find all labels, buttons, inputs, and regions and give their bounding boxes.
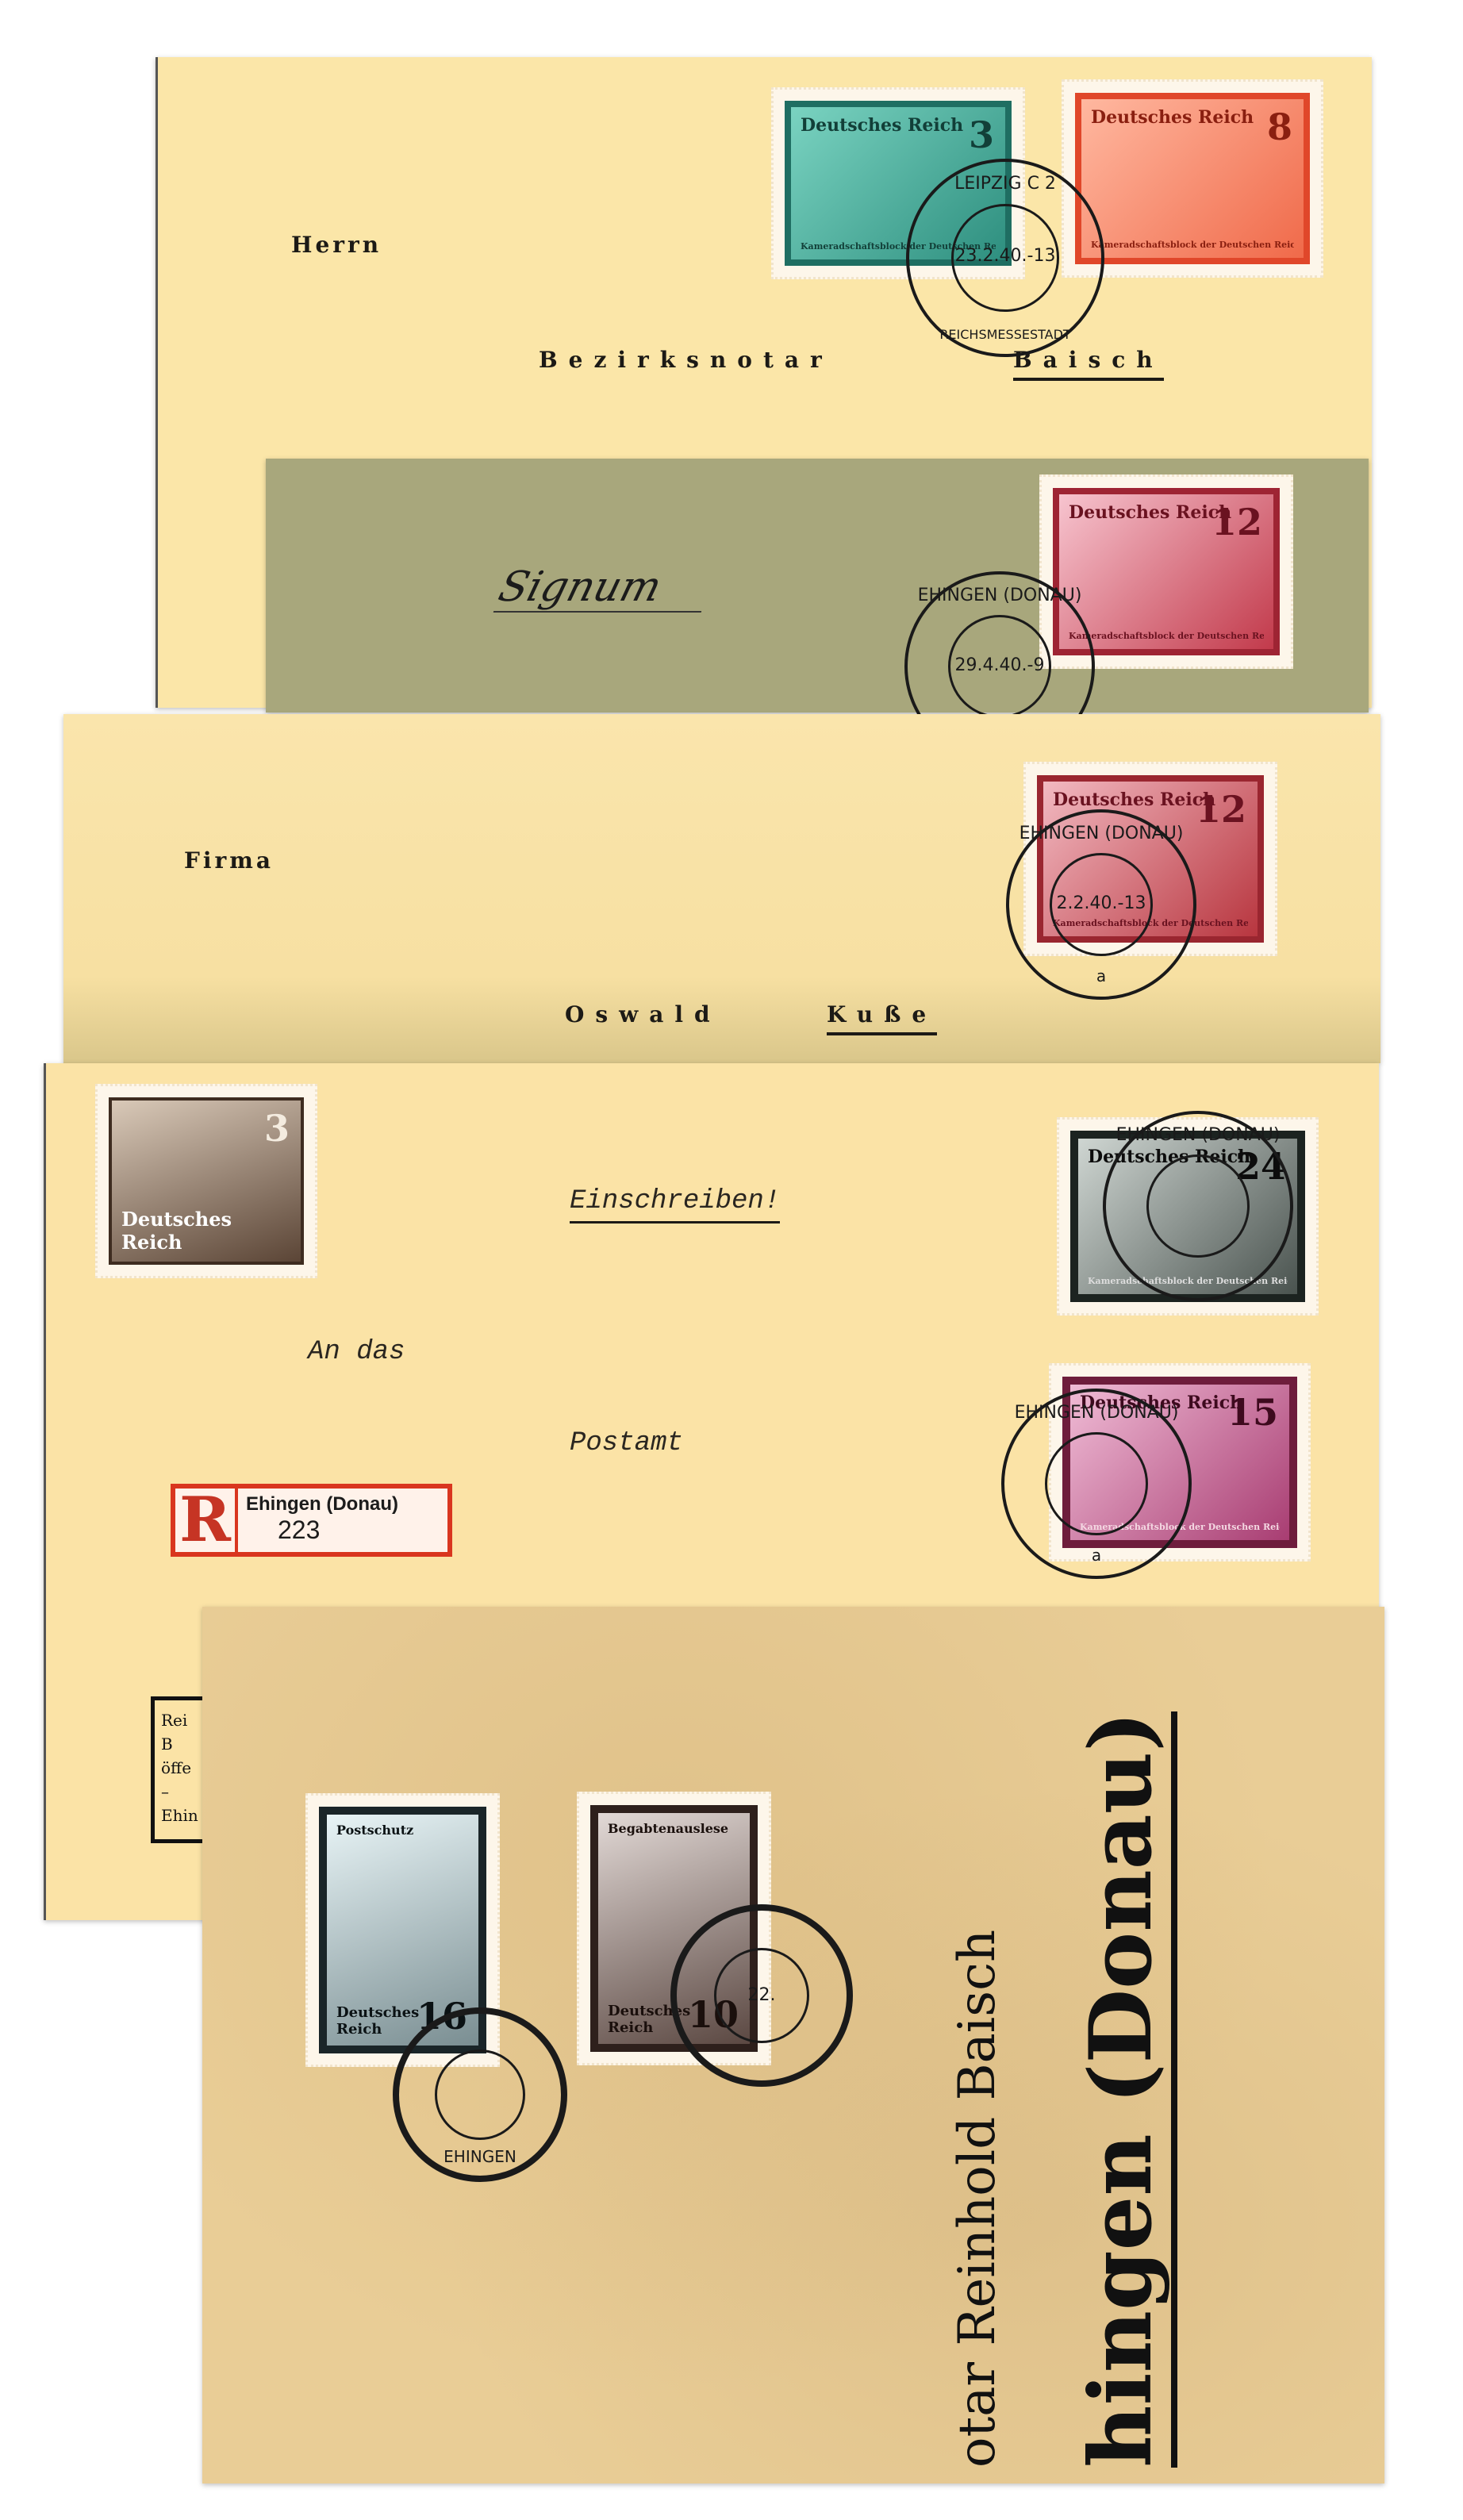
sender-printed-name: otar Reinhold Baisch: [948, 1930, 1007, 2468]
postmark-date: 23.2.40.-13: [909, 246, 1101, 266]
stamp-value: 3: [264, 1107, 290, 1150]
stamp-country: Deutsches Reich: [801, 115, 996, 136]
postmark-city: EHINGEN: [399, 2147, 561, 2166]
addressee-line-1: An das: [308, 1337, 405, 1367]
stamp-inscription: Kameradschaftsblock der Deutschen Reichs…: [1091, 240, 1294, 250]
postmark-date: 29.4.40.-9: [908, 655, 1092, 675]
addressee-name: Kuße: [827, 1001, 937, 1035]
postmark-city: EHINGEN (DONAU): [1004, 1403, 1188, 1423]
addressee-title: Bezirksnotar: [539, 347, 833, 373]
postmark-ehingen-2: EHINGEN (DONAU) 2.2.40.-13 a: [1006, 809, 1196, 1000]
postmark-letter: a: [1004, 1546, 1188, 1565]
stamp-value: 8: [1267, 106, 1292, 148]
postmark-city: EHINGEN (DONAU): [1009, 824, 1193, 843]
stamp-value: 12: [1196, 788, 1246, 831]
stamp-inscription: Kameradschaftsblock der Deutschen Reichs…: [1069, 631, 1264, 641]
registered-header: Einschreiben!: [570, 1186, 780, 1224]
postmark-leipzig: LEIPZIG C 2 23.2.40.-13 REICHSMESSESTADT: [906, 159, 1104, 357]
registration-label: R Ehingen (Donau) 223: [171, 1484, 452, 1557]
postmark-ehingen-4: EHINGEN (DONAU) a: [1001, 1389, 1192, 1579]
registration-number: 223: [278, 1515, 398, 1545]
handwritten-addressee: Signum: [493, 563, 714, 613]
addressee-first-name: Oswald: [565, 1001, 721, 1028]
stamp-country: Deutsches Reich: [121, 1208, 291, 1254]
registration-location: Ehingen (Donau): [246, 1493, 398, 1515]
sender-printed-city: hingen (Donau): [1071, 1711, 1177, 2468]
postmark-ehingen-5b: 22.: [670, 1904, 853, 2087]
stamp-value: 15: [1227, 1391, 1278, 1434]
postmark-ehingen-3: EHINGEN (DONAU): [1103, 1111, 1293, 1301]
addressee-salutation: Firma: [184, 847, 274, 874]
postmark-slogan: REICHSMESSESTADT: [909, 327, 1101, 342]
postmark-ehingen-5a: EHINGEN: [393, 2007, 567, 2182]
stamp-country: Deutsches Reich: [1091, 107, 1294, 128]
stamp-theme: Postschutz: [336, 1823, 469, 1838]
stamp-theme: Begabtenauslese: [608, 1821, 740, 1836]
addressee-line-2: Postamt: [570, 1428, 683, 1458]
postmark-city: LEIPZIG C 2: [909, 174, 1101, 194]
registration-r-icon: R: [175, 1489, 238, 1552]
postmark-city: EHINGEN (DONAU): [908, 586, 1092, 605]
postmark-letter: a: [1009, 966, 1193, 985]
stamp-3pf-leipziger-messe: 3 Deutsches Reich: [95, 1084, 317, 1278]
postmark-date: 22.: [677, 1985, 847, 2005]
stamp-value: 12: [1211, 501, 1262, 544]
postmark-city: EHINGEN (DONAU): [1106, 1125, 1290, 1145]
addressee-salutation: Herrn: [291, 232, 382, 258]
postmark-date: 2.2.40.-13: [1009, 893, 1193, 913]
stamp-value: 3: [969, 113, 994, 156]
